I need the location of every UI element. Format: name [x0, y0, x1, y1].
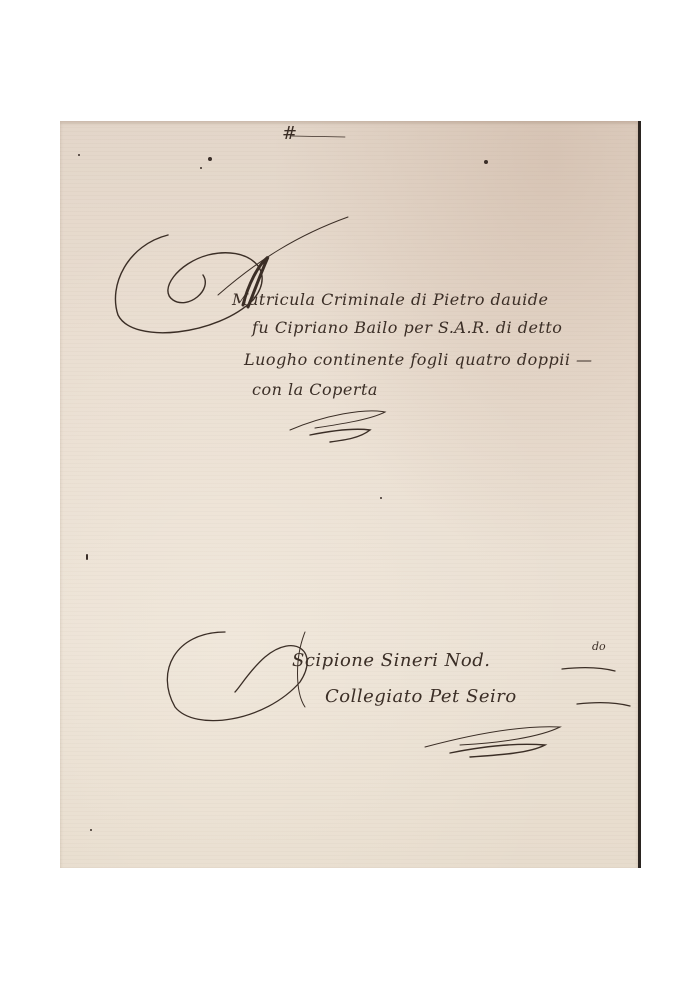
ink-speck [484, 160, 488, 164]
entry-2-line-2: Collegiato Pet Seiro [325, 686, 517, 707]
ink-speck [208, 157, 212, 161]
line-dash-2 [575, 700, 635, 710]
ink-speck [86, 554, 88, 560]
ink-speck [200, 167, 202, 169]
entry-2-line-1: Scipione Sineri Nod. [292, 650, 491, 671]
ink-speck [78, 154, 80, 156]
entry-1-line-4: con la Coperta [252, 380, 378, 399]
spiral-flourish-2 [155, 612, 315, 732]
entry-1-line-3: Luogho continente fogli quatro doppii — [244, 350, 593, 369]
entry-1-line-2: fu Cipriano Bailo per S.A.R. di detto [252, 318, 562, 337]
ink-speck [90, 829, 92, 831]
line-dash-1 [560, 665, 620, 675]
entry-2-superscript: do [592, 640, 606, 653]
entry-1-line-1: Matricula Criminale di Pietro dauide [232, 290, 548, 309]
header-mark-tail [290, 131, 350, 141]
underline-flourish-2 [420, 715, 570, 760]
underline-flourish-1 [285, 400, 395, 445]
ink-speck [380, 497, 382, 499]
